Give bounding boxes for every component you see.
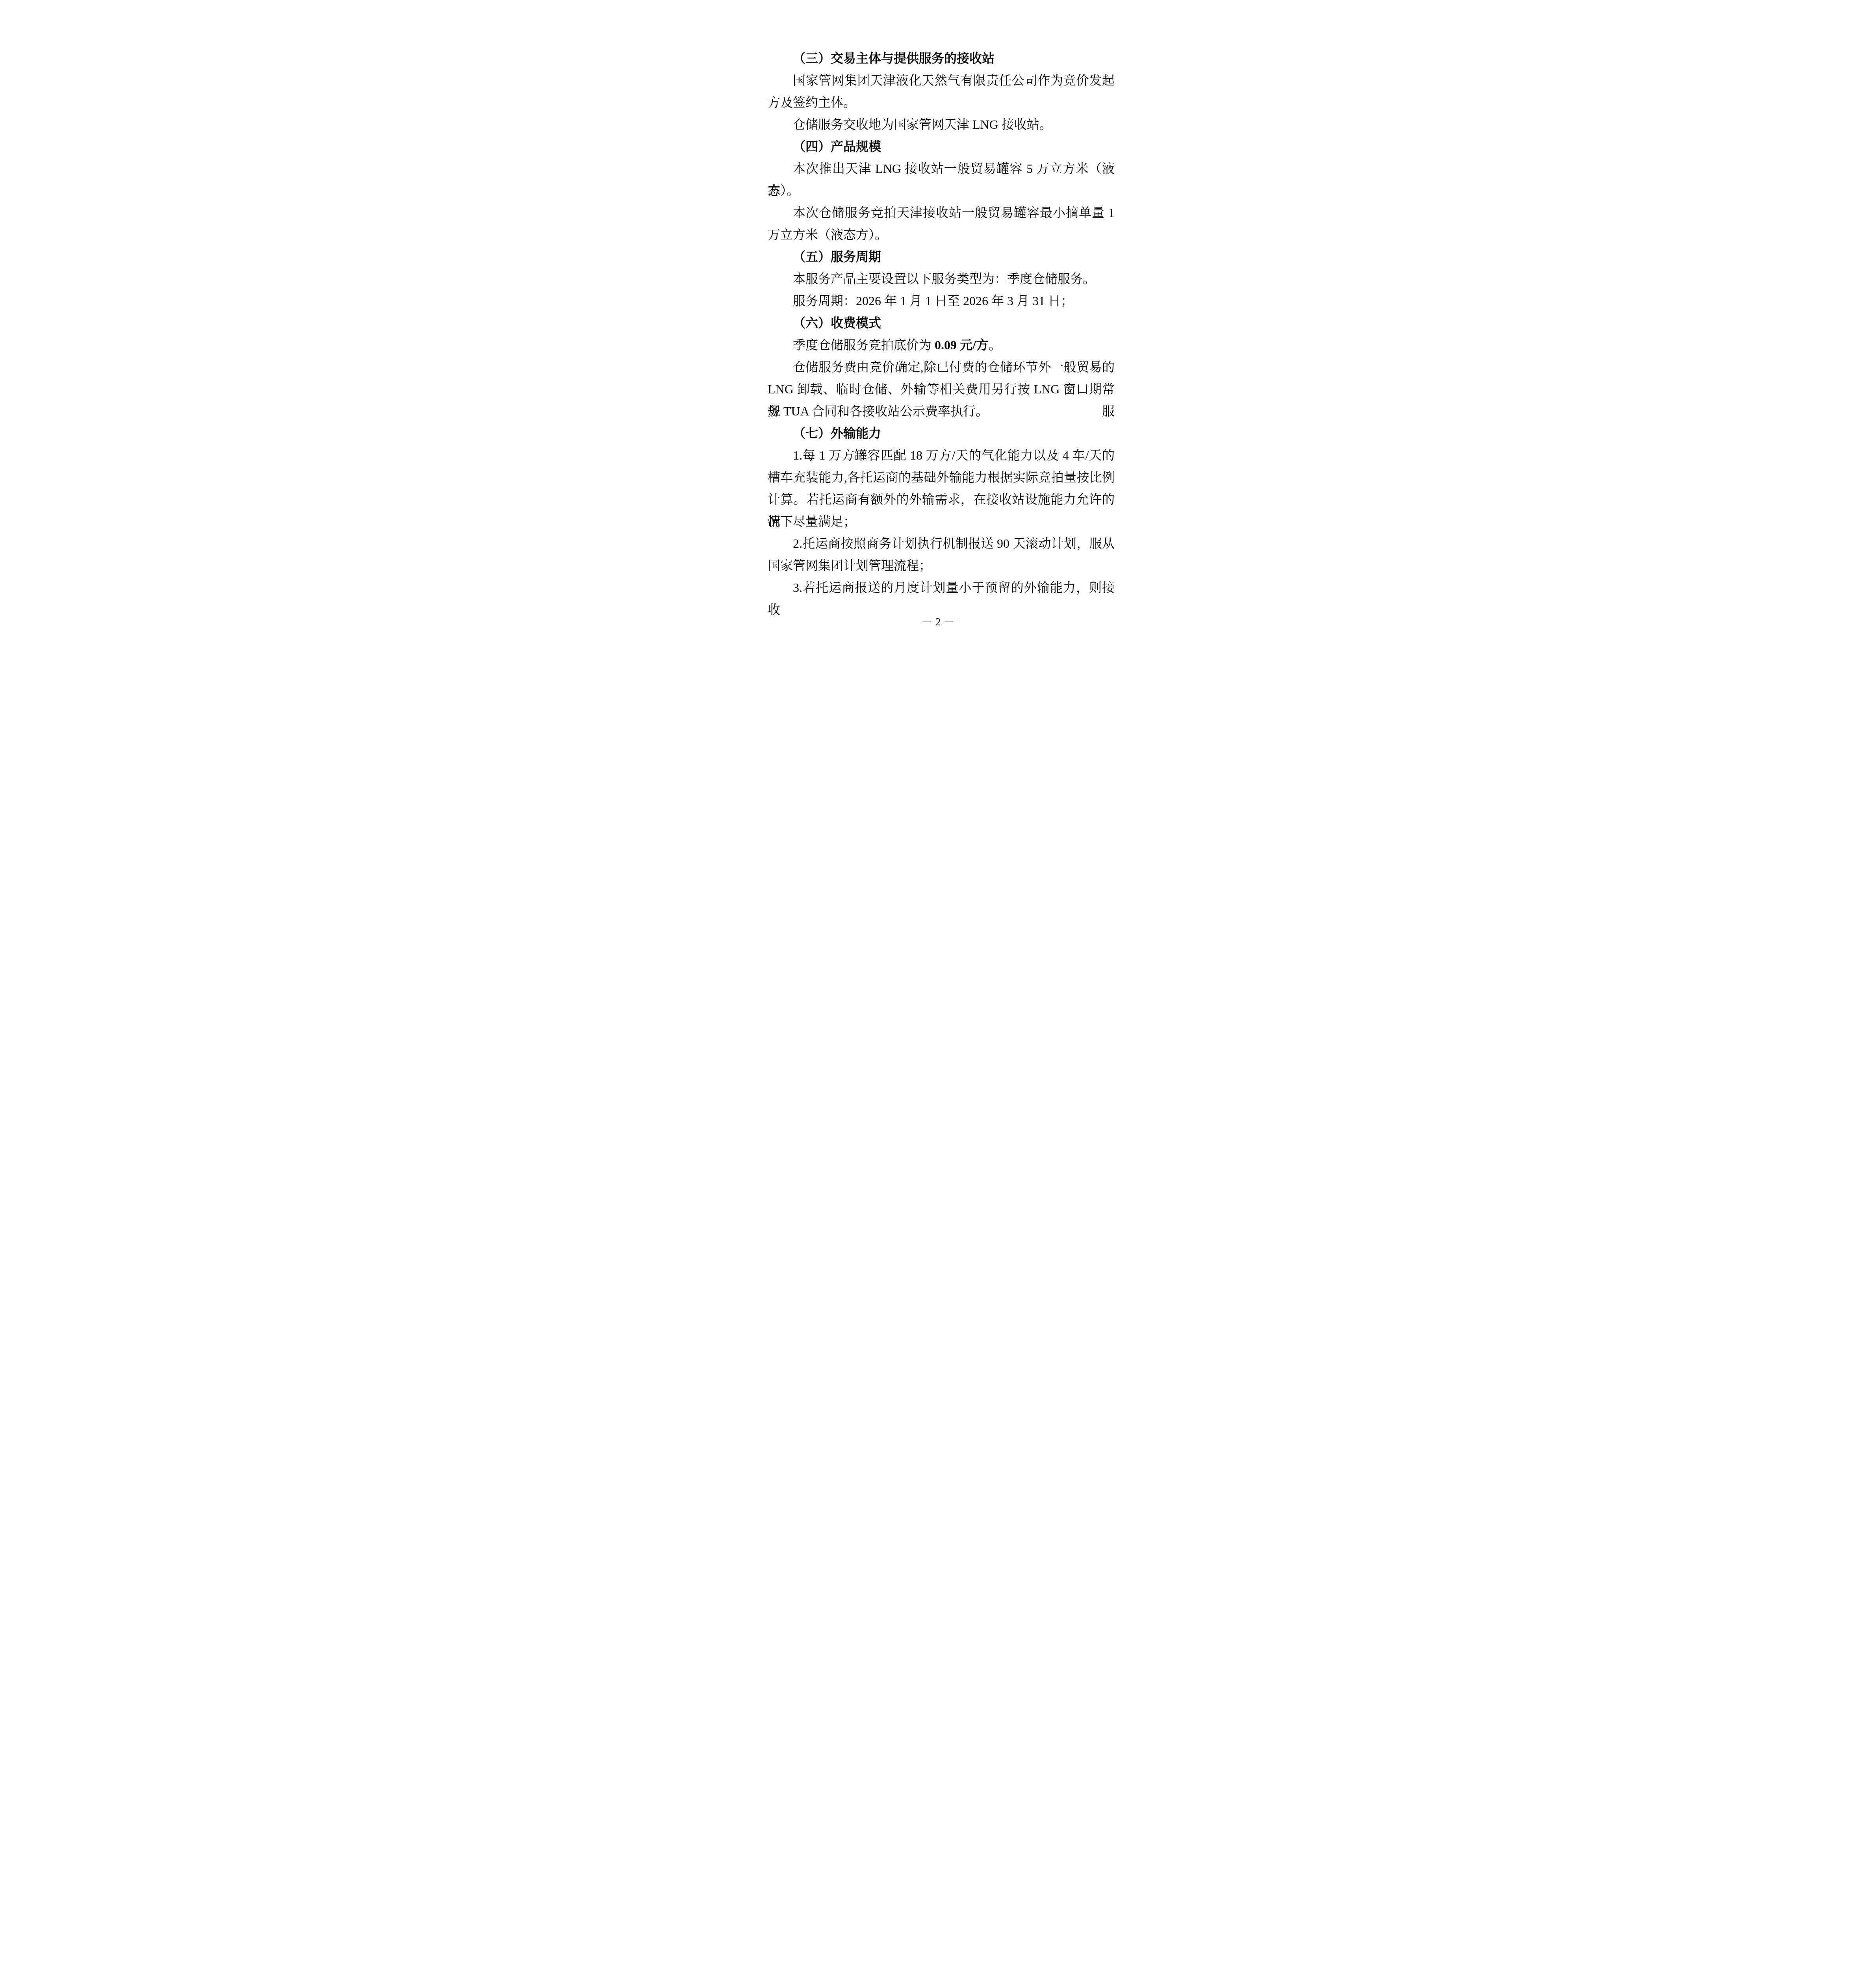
text-segment: （五）服务周期 (793, 250, 881, 264)
document-line: 本服务产品主要设置以下服务类型为：季度仓储服务。 (768, 268, 1115, 290)
document-page: （三）交易主体与提供服务的接收站国家管网集团天津液化天然气有限责任公司作为竞价发… (703, 0, 1173, 663)
document-line: 况下尽量满足； (768, 510, 1115, 532)
document-line: 方及签约主体。 (768, 91, 1115, 113)
text-segment: 服务周期：2026 年 1 月 1 日至 2026 年 3 月 31 日； (793, 294, 1073, 308)
document-line: LNG 卸载、临时仓储、外输等相关费用另行按 LNG 窗口期常规服 (768, 378, 1115, 400)
text-segment: 万立方米（液态方）。 (768, 228, 887, 242)
text-segment: 国家管网集团天津液化天然气有限责任公司作为竞价发起 (793, 73, 1115, 87)
document-line: 本次仓储服务竞拍天津接收站一般贸易罐容最小摘单量 1 (768, 202, 1115, 224)
page-number: － 2 － (703, 611, 1173, 633)
document-line: 3.若托运商报送的月度计划量小于预留的外输能力，则接收 (768, 577, 1115, 599)
document-line: 本次推出天津 LNG 接收站一般贸易罐容 5 万立方米（液态 (768, 158, 1115, 180)
document-line: 国家管网集团计划管理流程； (768, 554, 1115, 577)
document-heading-line: （四）产品规模 (768, 135, 1115, 158)
text-segment: 本服务产品主要设置以下服务类型为：季度仓储服务。 (793, 272, 1095, 286)
bold-text: 0.09 元/方 (935, 338, 989, 352)
text-segment: 1.每 1 万方罐容匹配 18 万方/天的气化能力以及 4 车/天的 (793, 448, 1115, 462)
document-heading-line: （五）服务周期 (768, 246, 1115, 268)
text-segment: 方及签约主体。 (768, 95, 856, 109)
document-line: 计算。若托运商有额外的外输需求，在接收站设施能力允许的情 (768, 488, 1115, 510)
document-line: 方）。 (768, 180, 1115, 202)
text-segment: 务 TUA 合同和各接收站公示费率执行。 (768, 404, 988, 418)
text-segment: 仓储服务交收地为国家管网天津 LNG 接收站。 (793, 117, 1052, 132)
document-lines: （三）交易主体与提供服务的接收站国家管网集团天津液化天然气有限责任公司作为竞价发… (768, 47, 1115, 599)
text-segment: 仓储服务费由竞价确定,除已付费的仓储环节外一般贸易的 (793, 360, 1115, 374)
text-segment: 。 (989, 338, 1001, 352)
document-heading-line: （七）外输能力 (768, 422, 1115, 444)
document-line: 服务周期：2026 年 1 月 1 日至 2026 年 3 月 31 日； (768, 290, 1115, 312)
text-segment: 2.托运商按照商务计划执行机制报送 90 天滚动计划，服从 (793, 536, 1115, 551)
text-segment: （七）外输能力 (793, 426, 881, 440)
document-line: 仓储服务费由竞价确定,除已付费的仓储环节外一般贸易的 (768, 356, 1115, 378)
document-line: 2.托运商按照商务计划执行机制报送 90 天滚动计划，服从 (768, 532, 1115, 554)
document-line: 1.每 1 万方罐容匹配 18 万方/天的气化能力以及 4 车/天的 (768, 444, 1115, 466)
document-line: 仓储服务交收地为国家管网天津 LNG 接收站。 (768, 113, 1115, 135)
text-segment: （四）产品规模 (793, 139, 881, 154)
text-segment: 况下尽量满足； (768, 514, 856, 528)
text-segment: （六）收费模式 (793, 316, 881, 330)
text-segment: 槽车充装能力,各托运商的基础外输能力根据实际竞拍量按比例 (768, 470, 1115, 484)
text-segment: 季度仓储服务竞拍底价为 (793, 338, 935, 352)
document-line: 季度仓储服务竞拍底价为 0.09 元/方。 (768, 334, 1115, 356)
document-line: 槽车充装能力,各托运商的基础外输能力根据实际竞拍量按比例 (768, 466, 1115, 488)
text-segment: （三）交易主体与提供服务的接收站 (793, 51, 995, 65)
text-segment: 国家管网集团计划管理流程； (768, 558, 932, 573)
document-heading-line: （六）收费模式 (768, 312, 1115, 334)
document-heading-line: （三）交易主体与提供服务的接收站 (768, 47, 1115, 69)
text-segment: 本次仓储服务竞拍天津接收站一般贸易罐容最小摘单量 1 (793, 206, 1115, 220)
document-line: 万立方米（液态方）。 (768, 224, 1115, 246)
text-segment: 方）。 (768, 184, 799, 198)
document-line: 国家管网集团天津液化天然气有限责任公司作为竞价发起 (768, 69, 1115, 91)
